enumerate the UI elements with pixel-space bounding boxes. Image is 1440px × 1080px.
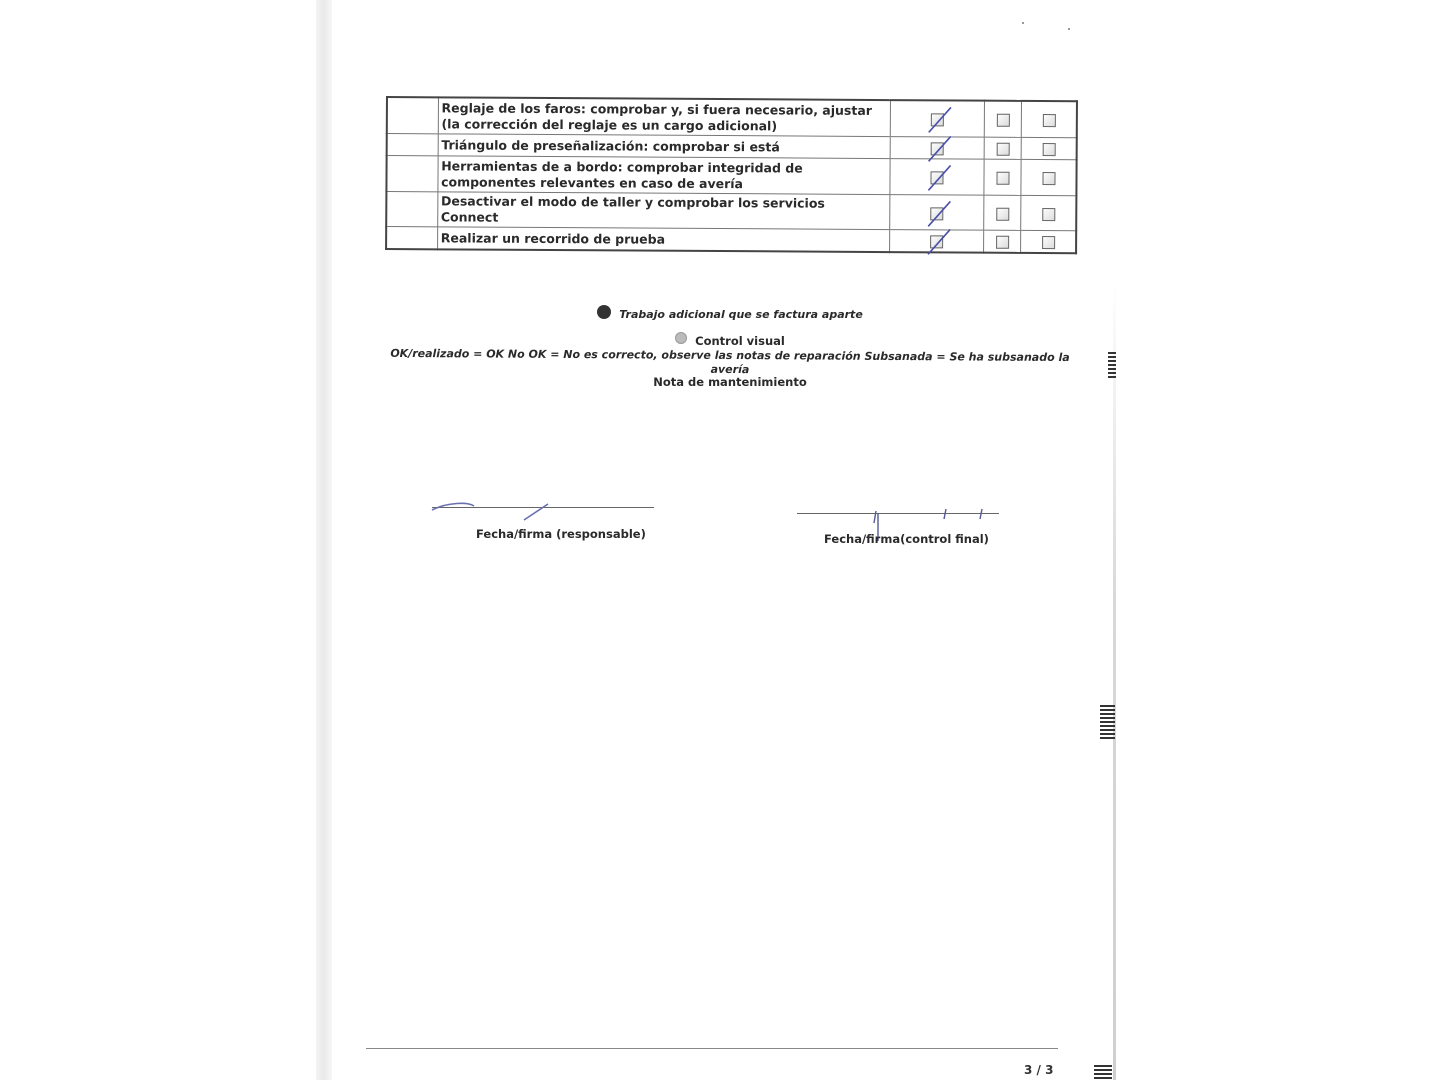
- row-marker-cell: [387, 134, 438, 156]
- row-description: Herramientas de a bordo: comprobar integ…: [438, 156, 891, 195]
- subsanada-checkbox[interactable]: [1042, 236, 1055, 249]
- row-description: Realizar un recorrido de prueba: [437, 227, 889, 252]
- no-ok-checkbox-cell: [984, 230, 1021, 253]
- no-ok-checkbox[interactable]: [996, 236, 1009, 249]
- subsanada-checkbox-cell: [1021, 159, 1076, 195]
- row-marker-cell: [387, 97, 438, 134]
- row-marker-cell: [386, 227, 437, 250]
- no-ok-checkbox-cell: [985, 101, 1022, 138]
- ok-checkbox[interactable]: [930, 207, 943, 220]
- no-ok-checkbox[interactable]: [997, 114, 1010, 127]
- handwritten-signature-responsible: [428, 496, 558, 526]
- no-ok-checkbox-cell: [984, 159, 1021, 195]
- scan-right-edge: [1113, 280, 1116, 1080]
- filled-circle-icon: [597, 305, 611, 319]
- scan-artifact: [1108, 352, 1116, 378]
- no-ok-checkbox[interactable]: [996, 143, 1009, 156]
- subsanada-checkbox[interactable]: [1042, 143, 1055, 156]
- handwritten-check-icon: [922, 227, 956, 257]
- no-ok-checkbox-cell: [985, 137, 1022, 159]
- maintenance-note-heading: Nota de mantenimiento: [380, 375, 1080, 389]
- ok-checkbox[interactable]: [931, 142, 944, 155]
- handwritten-check-icon: [923, 163, 957, 193]
- row-description: Triángulo de preseñalización: comprobar …: [438, 134, 890, 159]
- subsanada-checkbox-cell: [1021, 230, 1076, 253]
- ok-checkbox-cell: [890, 159, 985, 196]
- row-description: Desactivar el modo de taller y comprobar…: [437, 192, 890, 230]
- ok-checkbox-cell: [890, 137, 985, 160]
- signature-label-final-control: Fecha/firma(control final): [824, 532, 989, 546]
- handwritten-check-icon: [922, 199, 956, 229]
- subsanada-checkbox[interactable]: [1042, 114, 1055, 127]
- no-ok-checkbox[interactable]: [996, 172, 1009, 185]
- row-marker-cell: [386, 156, 437, 192]
- checklist-row: Desactivar el modo de taller y comprobar…: [386, 192, 1076, 231]
- scan-artifact: [1094, 1065, 1112, 1080]
- maintenance-checklist-table: Reglaje de los faros: comprobar y, si fu…: [385, 96, 1078, 254]
- checklist-row: Realizar un recorrido de prueba: [386, 227, 1076, 254]
- ok-checkbox[interactable]: [931, 113, 944, 126]
- row-marker-cell: [386, 192, 437, 227]
- scan-artifact: [1100, 705, 1115, 739]
- signature-label-responsible: Fecha/firma (responsable): [476, 527, 646, 541]
- checklist-row: Reglaje de los faros: comprobar y, si fu…: [387, 97, 1077, 138]
- no-ok-checkbox-cell: [984, 195, 1021, 230]
- handwritten-check-icon: [923, 105, 957, 135]
- row-description: Reglaje de los faros: comprobar y, si fu…: [438, 97, 891, 136]
- footer-rule: [366, 1048, 1058, 1049]
- legend-additional-work: Trabajo adicional que se factura aparte: [380, 305, 1080, 321]
- checklist-row: Herramientas de a bordo: comprobar integ…: [386, 156, 1076, 196]
- page-number: 3 / 3: [1024, 1063, 1053, 1077]
- ok-checkbox[interactable]: [931, 171, 944, 184]
- subsanada-checkbox-cell: [1021, 137, 1076, 159]
- ok-checkbox-cell: [890, 230, 985, 253]
- scan-artifact: [1022, 22, 1024, 24]
- ok-checkbox-cell: [890, 195, 985, 231]
- subsanada-checkbox[interactable]: [1042, 208, 1055, 221]
- legend-status-key: OK/realizado = OK No OK = No es correcto…: [380, 346, 1080, 378]
- scan-artifact: [1068, 28, 1070, 30]
- subsanada-checkbox-cell: [1021, 101, 1076, 138]
- no-ok-checkbox[interactable]: [996, 207, 1009, 220]
- subsanada-checkbox[interactable]: [1042, 172, 1055, 185]
- scan-left-edge: [316, 0, 332, 1080]
- subsanada-checkbox-cell: [1021, 195, 1076, 230]
- eye-icon: [675, 332, 687, 344]
- ok-checkbox-cell: [890, 100, 985, 137]
- ok-checkbox[interactable]: [930, 235, 943, 248]
